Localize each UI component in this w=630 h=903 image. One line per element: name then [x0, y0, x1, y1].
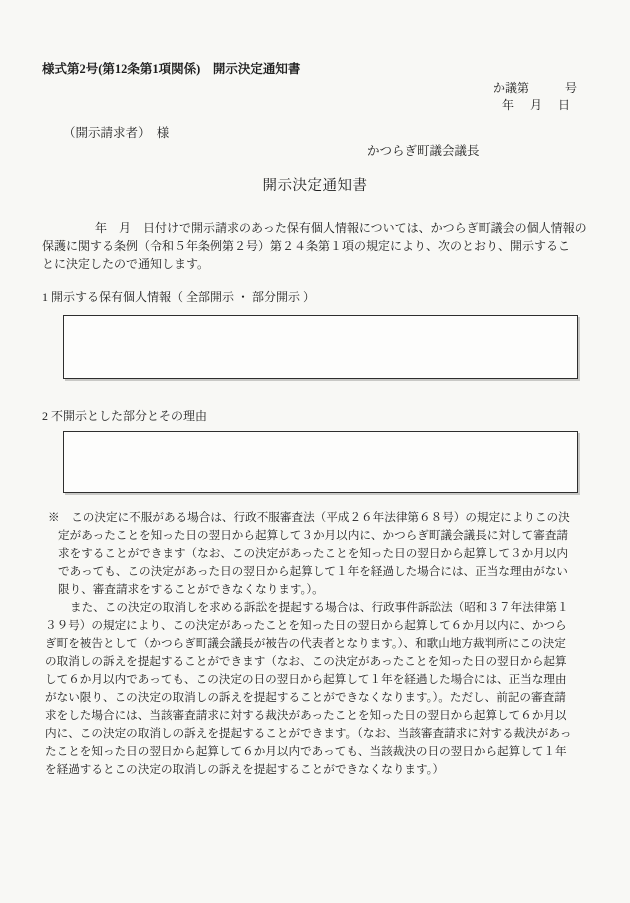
footnote-line: ３９号）の規定により、この決定があったことを知った日の翌日から起算して６か月以内…: [45, 617, 588, 635]
footnote-line: して６か月以内であっても、この決定の日の翌日から起算して１年を経過した場合には、…: [45, 671, 588, 689]
body-line: とに決定したので通知します。: [42, 255, 588, 273]
footnote-line: 限り、審査請求をすることができなくなります。）。: [58, 581, 588, 599]
nondisclosure-reason-box: [63, 431, 578, 493]
footnote-line: であっても、この決定があった日の翌日から起算して１年を経過した場合には、正当な理…: [58, 563, 588, 581]
footnote-line: 求をすることができます（なお、この決定があったことを知った日の翌日から起算して３…: [58, 545, 588, 563]
footnote-line: また、この決定の取消しを求める訴訟を提起する場合は、行政事件訴訟法（昭和３７年法…: [70, 599, 588, 617]
footnote-line: ※ この決定に不服がある場合は、行政不服審査法（平成２６年法律第６８号）の規定に…: [48, 509, 588, 527]
footnote-line: 求をした場合には、当該審査請求に対する裁決があったことを知った日の翌日から起算し…: [45, 707, 588, 725]
section1-label: 1 開示する保有個人情報（ 全部開示 ・ 部分開示 ）: [42, 289, 588, 306]
section2-label: 2 不開示とした部分とその理由: [42, 408, 588, 425]
body-paragraph: 年 月 日付けで開示請求のあった保有個人情報については、かつらぎ町議会の個人情報…: [42, 219, 588, 273]
footnote-line: 定があったことを知った日の翌日から起算して３か月以内に、かつらぎ町議会議長に対し…: [58, 527, 588, 545]
footnote-line: がない限り、この決定の取消しの訴えを提起することができなくなります。）。ただし、…: [45, 689, 588, 707]
footnote-block: ※ この決定に不服がある場合は、行政不服審査法（平成２６年法律第６８号）の規定に…: [42, 509, 588, 779]
date-line: 年 月 日: [42, 97, 588, 114]
footnote-line: の取消しの訴えを提起することができます（なお、この決定があったことを知った日の翌…: [45, 653, 588, 671]
body-line: 年 月 日付けで開示請求のあった保有個人情報については、かつらぎ町議会の個人情報…: [42, 219, 588, 237]
sender-line: かつらぎ町議会議長: [367, 143, 588, 160]
document-title: 開示決定通知書: [42, 176, 588, 196]
addressee-line: （開示請求者） 様: [63, 125, 588, 142]
footnote-line: たことを知った日の翌日から起算して６か月以内であっても、当該裁決の日の翌日から起…: [45, 743, 588, 761]
form-number-header: 様式第2号(第12条第1項関係) 開示決定通知書: [42, 61, 588, 77]
footnote-line: ぎ町を被告として（かつらぎ町議会議長が被告の代表者となります。）、和歌山地方裁判…: [45, 635, 588, 653]
footnote-line: 内に、この決定の取消しの訴えを提起することができます。（なお、当該審査請求に対す…: [45, 725, 588, 743]
body-line: 保護に関する条例（令和５年条例第２号）第２４条第１項の規定により、次のとおり、開…: [42, 237, 588, 255]
disclosed-info-box: [63, 315, 578, 379]
doc-number-line: か議第 号: [42, 80, 588, 97]
footnote-line: を経過するとこの決定の取消しの訴えを提起することができなくなります。）: [45, 761, 588, 779]
document-page: 様式第2号(第12条第1項関係) 開示決定通知書 か議第 号 年 月 日 （開示…: [0, 0, 630, 903]
